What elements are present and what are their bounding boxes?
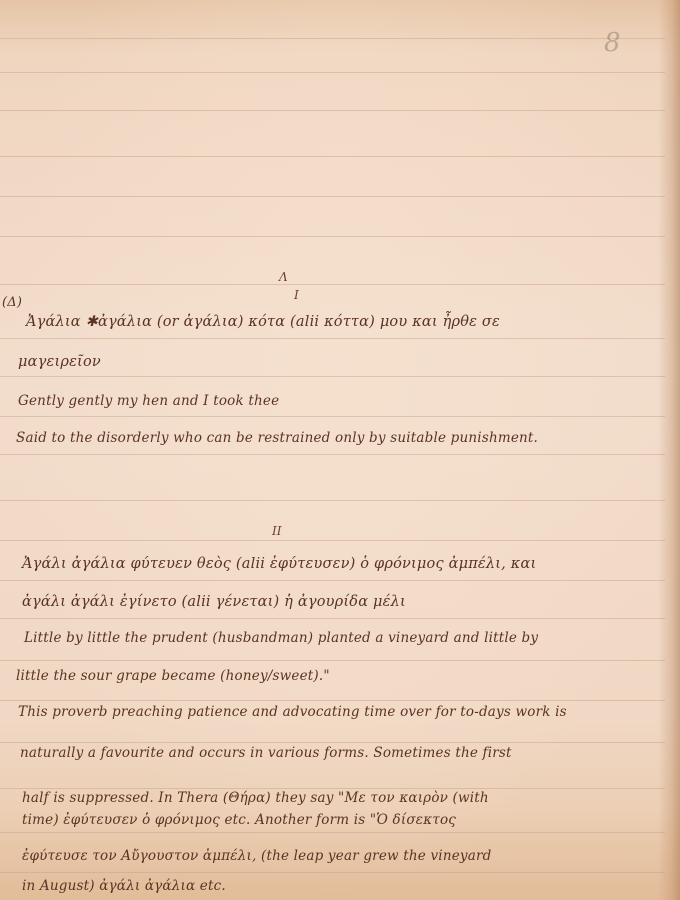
section-numeral-1: I	[294, 288, 299, 302]
ruled-line	[0, 236, 665, 237]
proverb-2-greek-line-2: ἀγάλι ἀγάλι ἐγίνετο (alii γένεται) ἡ ἀγο…	[22, 594, 406, 610]
ruled-line	[0, 72, 665, 73]
ruled-line	[0, 110, 665, 111]
proverb-1-greek-line-1: Ἀγάλια ✱ἀγάλια (or ἀγάλια) κότα (alii κό…	[26, 314, 500, 330]
proverb-1-translation: Gently gently my hen and I took thee	[18, 393, 279, 409]
page-number: 8	[604, 28, 621, 58]
side-label: (Δ)	[2, 295, 22, 310]
proverb-2-note-line-2: naturally a favourite and occurs in vari…	[20, 745, 512, 761]
proverb-2-greek-line-1: Ἀγάλι ἀγάλια φύτευεν θεὸς (alii ἐφύτευσε…	[22, 556, 536, 572]
ruled-line	[0, 580, 665, 581]
proverb-1-note: Said to the disorderly who can be restra…	[16, 430, 538, 446]
ruled-line	[0, 788, 665, 789]
proverb-2-note-line-4: time) ἐφύτευσεν ὁ φρόνιμος etc. Another …	[22, 812, 456, 828]
ruled-line	[0, 454, 665, 455]
ruled-line	[0, 156, 665, 157]
proverb-2-note-line-1: This proverb preaching patience and advo…	[18, 704, 567, 720]
caret-mark: Λ	[279, 270, 288, 284]
proverb-2-note-line-5: ἐφύτευσε τον Αὔγουστον ἀμπέλι, (the leap…	[22, 848, 491, 864]
ruled-line	[0, 500, 665, 501]
ruled-line	[0, 660, 665, 661]
ruled-line	[0, 416, 665, 417]
ruled-line	[0, 284, 665, 285]
proverb-2-translation-line-1: Little by little the prudent (husbandman…	[24, 630, 538, 646]
proverb-2-note-line-6: in August) ἀγάλι ἀγάλια etc.	[22, 878, 226, 894]
ruled-line	[0, 196, 665, 197]
manuscript-page: 8 Λ I (Δ) Ἀγάλια ✱ἀγάλια (or ἀγάλια) κότ…	[0, 0, 680, 900]
ruled-line	[0, 618, 665, 619]
proverb-1-greek-line-2: μαγειρεῖον	[18, 354, 101, 370]
ruled-line	[0, 742, 665, 743]
ruled-line	[0, 832, 665, 833]
ruled-line	[0, 38, 665, 39]
ruled-line	[0, 540, 665, 541]
ruled-line	[0, 872, 665, 873]
section-numeral-2: II	[272, 524, 281, 538]
proverb-2-note-line-3: half is suppressed. In Thera (Θήρα) they…	[22, 790, 489, 806]
ruled-line	[0, 700, 665, 701]
ruled-line	[0, 376, 665, 377]
ruled-line	[0, 338, 665, 339]
proverb-2-translation-line-2: little the sour grape became (honey/swee…	[16, 668, 330, 684]
